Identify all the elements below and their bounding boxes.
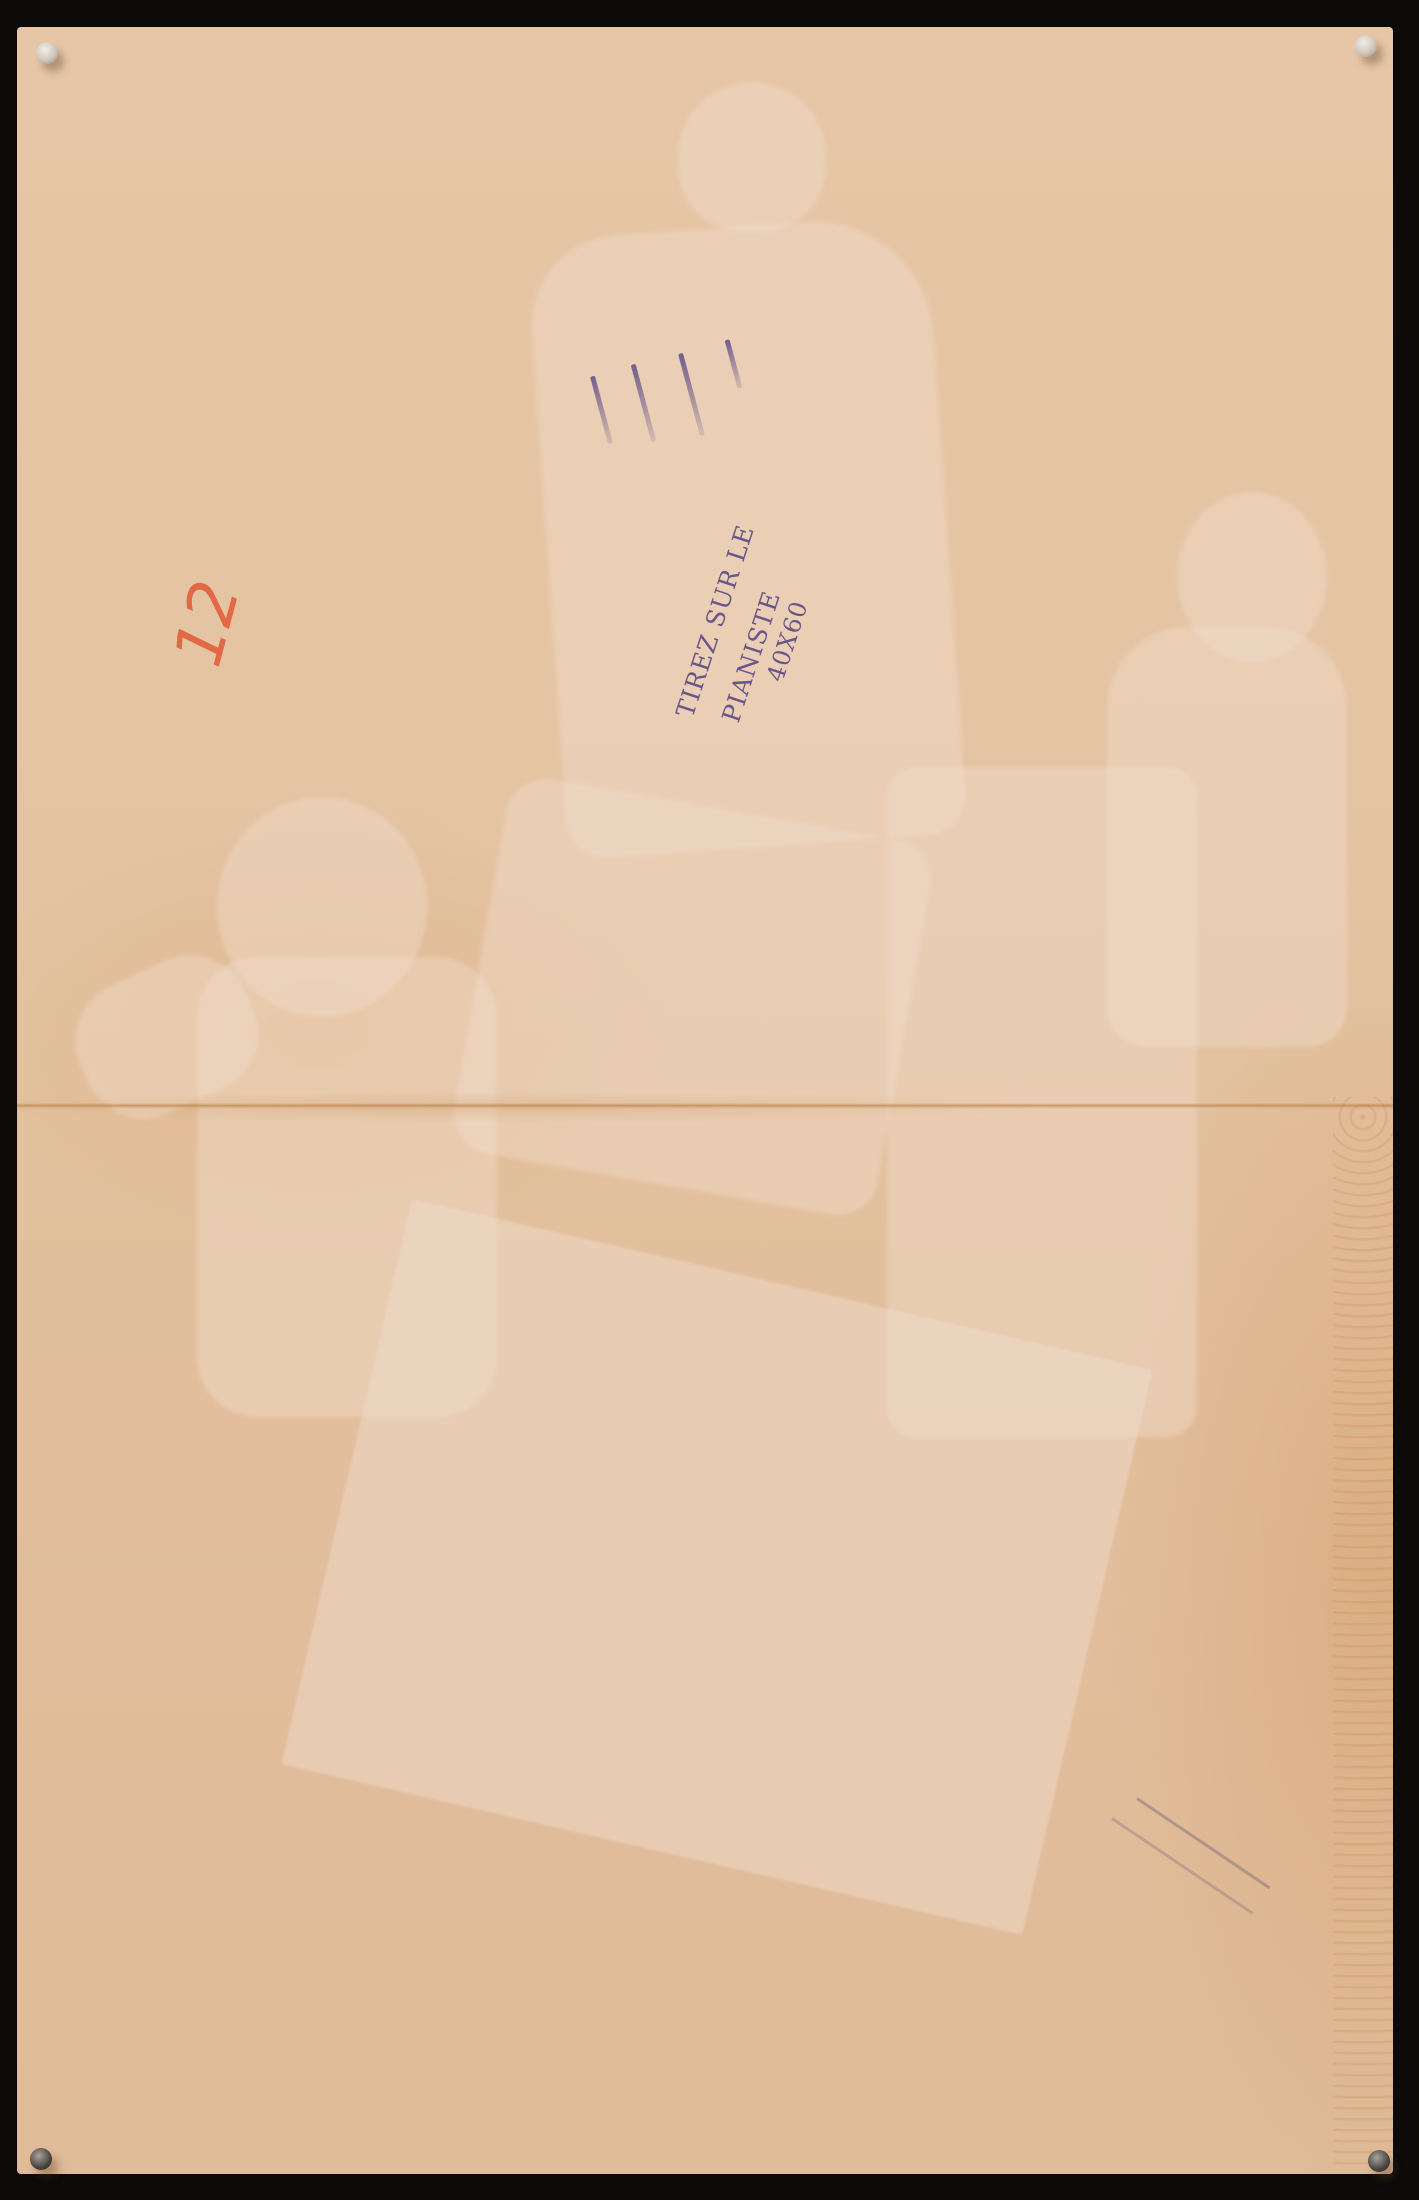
pencil-stroke xyxy=(1136,1797,1270,1889)
pencil-stroke xyxy=(1111,1817,1254,1915)
stamp-bar xyxy=(631,364,657,443)
mounting-pin-bottom-left xyxy=(30,2148,52,2170)
mounting-pin-top-right xyxy=(1355,35,1377,57)
fold-line xyxy=(17,1103,1393,1109)
stamp-bar xyxy=(678,353,705,436)
mounting-pin-bottom-right xyxy=(1368,2150,1390,2172)
edge-foxing xyxy=(1333,1097,1393,2167)
stamp-bar xyxy=(590,376,613,445)
poster-back-paper: TIREZ SUR LE PIANISTE 40X60 12 xyxy=(17,27,1393,2174)
pencil-marks xyxy=(1107,1787,1317,1937)
photo-stage: TIREZ SUR LE PIANISTE 40X60 12 xyxy=(0,0,1419,2200)
ink-stamp: TIREZ SUR LE PIANISTE 40X60 xyxy=(591,327,851,727)
show-through-man-head xyxy=(677,82,827,232)
stamp-bar xyxy=(725,339,743,389)
mounting-pin-top-left xyxy=(36,42,58,64)
handwritten-number: 12 xyxy=(159,573,255,674)
show-through-man-legs xyxy=(447,773,936,1222)
